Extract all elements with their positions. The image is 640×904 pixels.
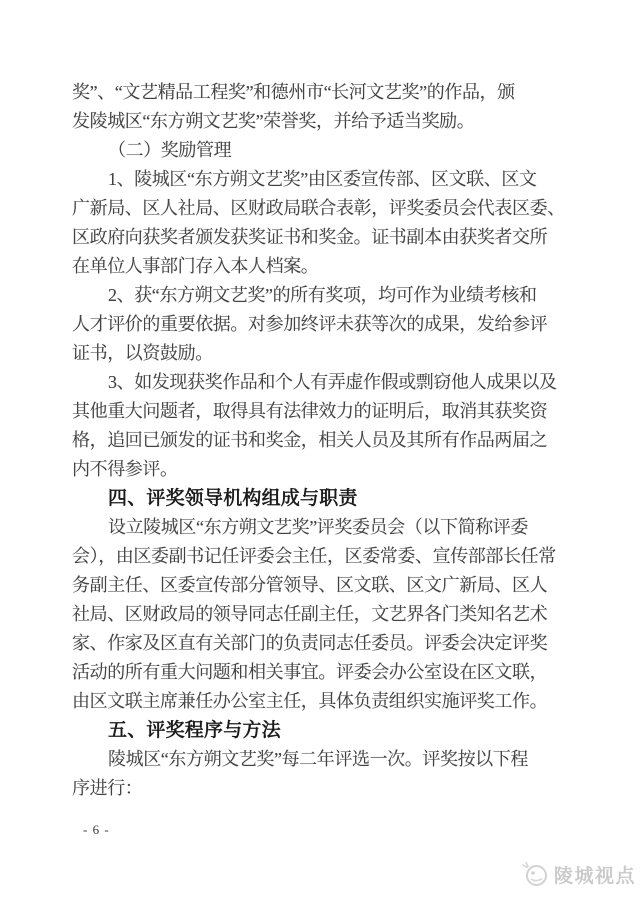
page-number: - 6 -: [83, 822, 110, 838]
document-line: 由区文联主席兼任办公室主任，具体负责组织实施评奖工作。: [72, 687, 572, 716]
document-heading-line: 五、评奖程序与方法: [72, 716, 572, 745]
watermark: 陵城视点: [521, 860, 636, 888]
document-line: 社局、区财政局的领导同志任副主任，文艺界各门类知名艺术: [72, 600, 572, 629]
document-line: 设立陵城区“东方朔文艺奖”评奖委员会（以下简称评委: [72, 513, 572, 542]
document-body: 奖”、“文艺精品工程奖”和德州市“长河文艺奖”的作品，颁发陵城区“东方朔文艺奖”…: [72, 78, 572, 803]
document-line: 格，追回已颁发的证书和奖金，相关人员及其所有作品两届之: [72, 426, 572, 455]
document-line: 区政府向获奖者颁发获奖证书和奖金。证书副本由获奖者交所: [72, 223, 572, 252]
document-line: 务副主任、区委宣传部分管领导、区文联、区文广新局、区人: [72, 571, 572, 600]
document-line: 2、获“东方朔文艺奖”的所有奖项，均可作为业绩考核和: [72, 281, 572, 310]
document-line: 在单位人事部门存入本人档案。: [72, 252, 572, 281]
document-line: 活动的所有重大问题和相关事宜。评委会办公室设在区文联，: [72, 658, 572, 687]
document-line: 陵城区“东方朔文艺奖”每二年评选一次。评奖按以下程: [72, 745, 572, 774]
document-line: 其他重大问题者，取得具有法律效力的证明后，取消其获奖资: [72, 397, 572, 426]
document-line: 1、陵城区“东方朔文艺奖”由区委宣传部、区文联、区文: [72, 165, 572, 194]
document-line: 家、作家及区直有关部门的负责同志任委员。评委会决定评奖: [72, 629, 572, 658]
document-heading-line: 四、评奖领导机构组成与职责: [72, 484, 572, 513]
document-line: 发陵城区“东方朔文艺奖”荣誉奖，并给予适当奖励。: [72, 107, 572, 136]
watermark-label: 陵城视点: [554, 861, 636, 888]
document-line: 广新局、区人社局、区财政局联合表彰，评奖委员会代表区委、: [72, 194, 572, 223]
document-line: 序进行：: [72, 774, 572, 803]
document-line: 3、如发现获奖作品和个人有弄虚作假或剽窃他人成果以及: [72, 368, 572, 397]
document-page: 奖”、“文艺精品工程奖”和德州市“长河文艺奖”的作品，颁发陵城区“东方朔文艺奖”…: [0, 0, 640, 904]
document-line: 奖”、“文艺精品工程奖”和德州市“长河文艺奖”的作品，颁: [72, 78, 572, 107]
document-line: 人才评价的重要依据。对参加终评未获等次的成果，发给参评: [72, 310, 572, 339]
document-line: 内不得参评。: [72, 455, 572, 484]
lingcheng-shidian-logo-icon: [521, 860, 549, 888]
document-line: （二）奖励管理: [72, 136, 572, 165]
document-line: 会），由区委副书记任评委会主任，区委常委、宣传部部长任常: [72, 542, 572, 571]
document-line: 证书，以资鼓励。: [72, 339, 572, 368]
